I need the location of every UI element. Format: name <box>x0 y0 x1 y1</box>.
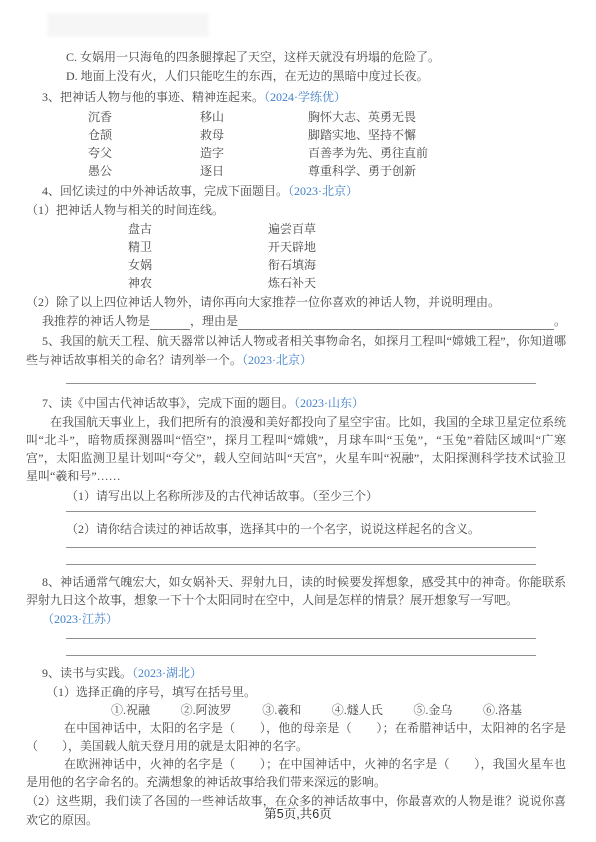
match-deed: 造字 <box>200 144 308 162</box>
match-person: 精卫 <box>128 238 268 256</box>
q9-source-citation: （2023·湖北） <box>132 666 202 680</box>
page-number-footer: 第5页,共6页 <box>0 804 596 822</box>
q4-stem-text: 4、回忆读过的中外神话故事，完成下面题目。 <box>42 184 288 198</box>
answer-line <box>66 383 536 384</box>
q7-passage: 在我国航天事业上，我们把所有的浪漫和美好都投向了星空宇宙。比如，我国的全球卫星定… <box>26 413 566 485</box>
q7-part1: （1）请写出以上名称所涉及的古代神话故事。（至少三个） <box>26 487 566 506</box>
worksheet-page: C. 女娲用一只海龟的四条腿撑起了天空，这样天就没有坍塌的危险了。 D. 地面上… <box>0 0 596 842</box>
q7-stem-text: 7、读《中国古代神话故事》，完成下面的题目。 <box>42 396 294 410</box>
q9-part1: （1）选择正确的序号，填写在括号里。 <box>26 683 566 702</box>
match-person: 仓颉 <box>88 126 200 144</box>
q9-fill-paragraph-2: 在欧洲神话中，火神的名字是（ ）；在中国神话中，火神的名字是（ ），我国火星车也… <box>26 755 566 791</box>
q4-matching-exercise: 盘古遍尝百草 精卫开天辟地 女娲衔石填海 神农炼石补天 <box>128 220 566 292</box>
q8-source-line: （2023·江苏） <box>26 610 566 629</box>
option-item: ⑥.洛基 <box>483 701 522 719</box>
fill-middle: ，理由是 <box>190 312 238 330</box>
match-spirit: 百善孝为先、勇往直前 <box>308 144 566 162</box>
q3-matching-exercise: 沉香移山胸怀大志、英勇无畏 仓颉救母脚踏实地、坚持不懈 夸父造字百善孝为先、勇往… <box>88 108 566 180</box>
q9-stem-text: 9、读书与实践。 <box>42 666 132 680</box>
option-c-text: C. 女娲用一只海龟的四条腿撑起了天空，这样天就没有坍塌的危险了。 <box>26 48 566 67</box>
q8-stem: 8、神话通常气魄宏大，如女娲补天、羿射九日，读的时候要发挥想象，感受其中的神奇。… <box>26 573 566 610</box>
q7-part2: （2）请你结合读过的神话故事，选择其中的一个名字，说说这样起名的含义。 <box>26 520 566 539</box>
answer-blank-long <box>238 316 554 330</box>
match-spirit: 胸怀大志、英勇无畏 <box>308 108 566 126</box>
option-item: ②.阿波罗 <box>181 701 232 719</box>
option-item: ③.羲和 <box>262 701 301 719</box>
q4-part2: （2）除了以上四位神话人物外，请你再向大家推荐一位你喜欢的神话人物，并说明理由。 <box>26 293 566 312</box>
match-event: 遍尝百草 <box>268 220 566 238</box>
q7-source-citation: （2023·山东） <box>294 396 364 410</box>
match-event: 炼石补天 <box>268 274 566 292</box>
match-deed: 救母 <box>200 126 308 144</box>
q7-stem: 7、读《中国古代神话故事》，完成下面的题目。（2023·山东） <box>26 394 566 413</box>
fill-period: 。 <box>554 312 566 330</box>
match-person: 盘古 <box>128 220 268 238</box>
match-spirit: 脚踏实地、坚持不懈 <box>308 126 566 144</box>
q3-stem: 3、把神话人物与他的事迹、精神连起来。（2024·学练优） <box>26 88 566 107</box>
option-item: ①.祝融 <box>111 701 150 719</box>
answer-line <box>66 547 536 548</box>
match-person: 沉香 <box>88 108 200 126</box>
match-event: 开天辟地 <box>268 238 566 256</box>
answer-line <box>66 564 536 565</box>
match-person: 神农 <box>128 274 268 292</box>
answer-line <box>66 638 536 639</box>
match-person: 女娲 <box>128 256 268 274</box>
match-person: 愚公 <box>88 162 200 180</box>
answer-line <box>66 511 536 512</box>
match-event: 衔石填海 <box>268 256 566 274</box>
option-item: ⑤.金乌 <box>413 701 452 719</box>
q8-source-citation: （2023·江苏） <box>42 612 118 626</box>
q9-fill-paragraph-1: 在中国神话中，太阳的名字是（ ），他的母亲是（ ）；在希腊神话中，太阳神的名字是… <box>26 719 566 755</box>
q3-stem-text: 3、把神话人物与他的事迹、精神连起来。 <box>42 90 264 104</box>
option-item: ④.燧人氏 <box>332 701 383 719</box>
q5-source-citation: （2023·北京） <box>242 353 312 367</box>
q9-stem: 9、读书与实践。（2023·湖北） <box>26 664 566 683</box>
q3-source-citation: （2024·学练优） <box>264 90 346 104</box>
match-deed: 移山 <box>200 108 308 126</box>
q4-fill-in-line: 我推荐的神话人物是，理由是。 <box>26 312 566 330</box>
fill-prefix: 我推荐的神话人物是 <box>42 312 150 330</box>
match-person: 夸父 <box>88 144 200 162</box>
match-deed: 逐日 <box>200 162 308 180</box>
q9-option-list: ①.祝融 ②.阿波罗 ③.羲和 ④.燧人氏 ⑤.金乌 ⑥.洛基 <box>111 701 522 719</box>
option-d-text: D. 地面上没有火，人们只能吃生的东西，在无边的黑暗中度过长夜。 <box>26 67 566 86</box>
answer-line <box>66 655 536 656</box>
answer-blank-short <box>150 316 190 330</box>
q4-source-citation: （2023·北京） <box>288 184 358 198</box>
q4-part1: （1）把神话人物与相关的时间连线。 <box>26 201 566 220</box>
q5-stem: 5、我国的航天工程、航天器常以神话人物或者相关事物命名，如探月工程叫“嫦娥工程”… <box>26 332 566 369</box>
q4-stem: 4、回忆读过的中外神话故事，完成下面题目。（2023·北京） <box>26 182 566 201</box>
match-spirit: 尊重科学、勇于创新 <box>308 162 566 180</box>
